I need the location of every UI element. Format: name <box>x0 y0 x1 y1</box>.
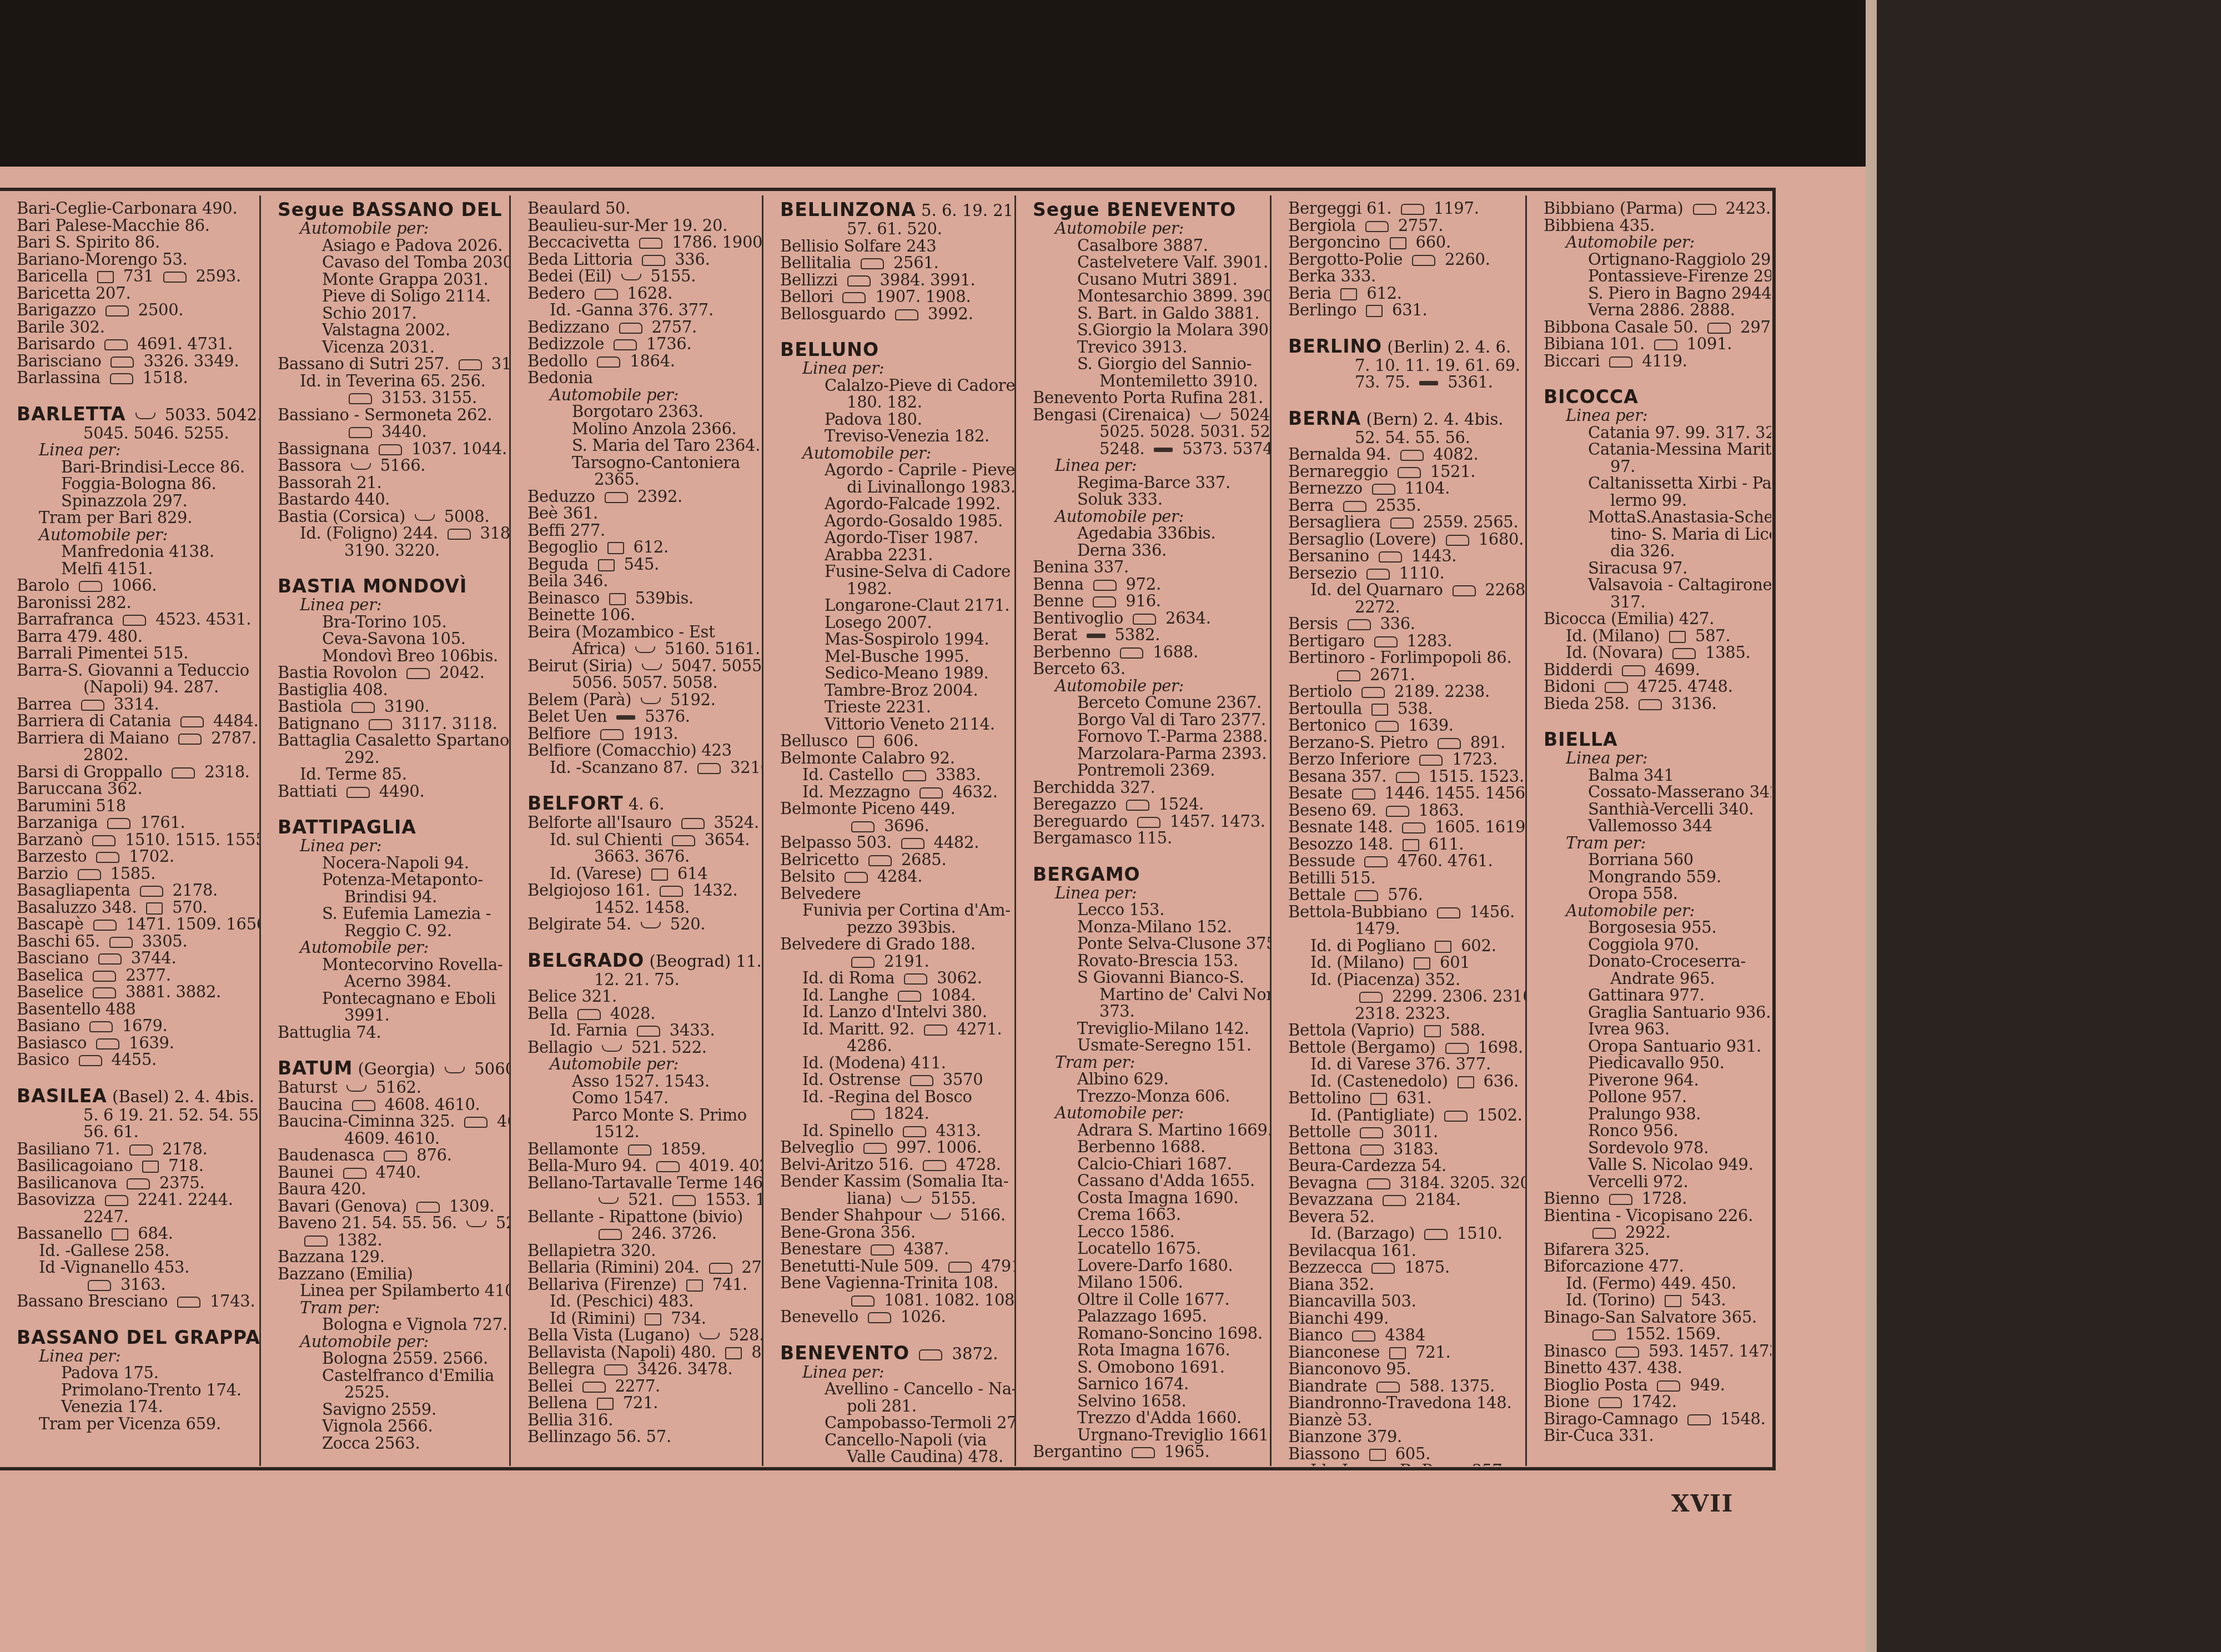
index-entry: Bedonia <box>527 369 755 386</box>
index-entry: Parco Monte S. Primo <box>527 1107 755 1124</box>
index-entry: Beregazzo 1524. <box>1033 796 1263 813</box>
index-entry: Belvi-Aritzo 516. 4728. <box>780 1156 1008 1173</box>
index-entry: Barisciano 3326. 3349. <box>17 353 253 370</box>
index-entry: Bessude 4760. 4761. <box>1288 852 1519 870</box>
index-entry: Bersis 336. <box>1288 615 1519 632</box>
index-entry: Baucina 4608. 4610. <box>278 1096 503 1113</box>
car-icon <box>459 359 482 370</box>
index-entry: Barumini 518 <box>17 797 253 815</box>
car-icon <box>89 1021 113 1032</box>
ship-icon <box>621 274 641 280</box>
car-icon <box>1360 1144 1384 1156</box>
index-entry: Linea per Spilamberto 410. <box>278 1282 503 1299</box>
car-icon <box>1446 535 1469 546</box>
car-icon <box>1343 501 1366 512</box>
index-entry: Reggio C. 92. <box>278 922 503 940</box>
tram-icon <box>1340 288 1357 300</box>
heading-name: BASILEA <box>17 1085 107 1107</box>
index-entry: Pontassieve-Firenze 2944 <box>1544 268 1765 285</box>
index-entry: Borriana 560 <box>1544 851 1765 868</box>
index-entry: poli 281. <box>780 1398 1008 1415</box>
index-entry: Milano 1506. <box>1033 1274 1263 1291</box>
index-entry: Benina 337. <box>1033 559 1263 576</box>
index-entry: Id. (Barzago) 1510. <box>1288 1225 1519 1242</box>
entry-heading: BASILEA (Basel) 2. 4. 4bis. <box>17 1086 253 1107</box>
car-icon <box>924 1025 947 1036</box>
column-7: Bibbiano (Parma) 2423.Bibbiena 435.Autom… <box>1527 195 1771 1466</box>
index-entry: Automobile per: <box>1544 234 1765 251</box>
tram-icon <box>142 1161 159 1173</box>
index-entry: Bicocca (Emilia) 427. <box>1544 610 1765 627</box>
index-entry: Id. -Ganna 376. 377. <box>527 302 755 319</box>
index-entry: Bra-Torino 105. <box>278 614 503 631</box>
index-entry: Id -Vignanello 453. <box>17 1259 253 1276</box>
index-entry: Id. Farnia 3433. <box>527 1022 755 1039</box>
index-entry: Bettona 3183. <box>1288 1141 1519 1158</box>
entry-heading: BASSANO DEL GRAPPA <box>17 1328 253 1348</box>
ship-icon <box>346 1085 366 1092</box>
index-entry: Gattinara 977. <box>1544 987 1765 1004</box>
index-entry: 5. 6 19. 21. 52. 54. 55. <box>17 1107 253 1124</box>
index-entry: Benevento Porta Rufina 281. <box>1033 389 1263 406</box>
car-icon <box>1687 1414 1711 1425</box>
index-entry: Basovizza 2241. 2244. <box>17 1191 253 1208</box>
index-entry: dia 326. <box>1544 543 1765 560</box>
index-entry: Bassiano - Sermoneta 262. <box>278 406 503 424</box>
tram-icon <box>146 902 163 915</box>
index-entry: Asiago e Padova 2026. <box>278 237 503 254</box>
car-icon <box>845 872 868 883</box>
index-entry: Oltre il Colle 1677. <box>1033 1291 1263 1308</box>
index-entry: Beaulard 50. <box>527 200 755 217</box>
heading-name: BENEVENTO <box>780 1342 909 1364</box>
car-icon <box>343 1168 366 1179</box>
index-entry: Id. Ostrense 3570 <box>780 1071 1008 1088</box>
index-entry: 5025. 5028. 5031. 5245. <box>1033 423 1263 440</box>
index-entry: Balma 341 <box>1544 767 1765 784</box>
car-icon <box>851 1296 875 1307</box>
index-entry: Coggiola 970. <box>1544 936 1765 953</box>
index-entry: Borgo Val di Taro 2377. <box>1033 711 1263 729</box>
entry-heading: BERNA (Bern) 2. 4. 4bis. <box>1288 409 1519 429</box>
car-icon <box>1609 1194 1632 1205</box>
entry-heading: BELFORT 4. 6. <box>527 794 755 814</box>
index-entry: Automobile per: <box>1544 902 1765 920</box>
heading-name: BARLETTA <box>17 403 125 425</box>
entry-heading: BERGAMO <box>1033 865 1263 885</box>
index-entry: Agordo-Falcade 1992. <box>780 495 1008 513</box>
tram-icon <box>651 868 668 881</box>
car-icon <box>110 356 134 368</box>
index-entry: Vercelli 972. <box>1544 1173 1765 1191</box>
index-entry: Begoglio 612. <box>527 539 755 556</box>
index-entry: Bavari (Genova) 1309. <box>278 1198 503 1215</box>
index-entry: Bellano-Tartavalle Terme 146- <box>527 1174 755 1192</box>
index-entry: Foggia-Bologna 86. <box>17 475 253 493</box>
index-entry: 1081. 1082. 1083. <box>780 1292 1008 1309</box>
index-entry: Linea per: <box>780 1364 1008 1381</box>
tram-icon <box>857 736 874 748</box>
index-entry: Bellusco 606. <box>780 732 1008 750</box>
index-entry: Basiano 1679. <box>17 1017 253 1035</box>
index-entry: Sordevolo 978. <box>1544 1139 1765 1157</box>
index-entry: Bersezio 1110. <box>1288 565 1519 582</box>
index-entry: Bella-Muro 94. 4019. 4028. <box>527 1157 755 1174</box>
car-icon <box>1352 1330 1375 1342</box>
index-entry: Battiati 4490. <box>278 783 503 800</box>
car-icon <box>709 1263 732 1274</box>
heading-refs: 5033. 5042. <box>125 405 261 424</box>
index-entry: Bassano Bresciano 1743. <box>17 1293 253 1310</box>
index-entry: Barzio 1585. <box>17 865 253 882</box>
index-entry: Id. di Varese 376. 377. <box>1288 1056 1519 1073</box>
index-entry: Valle Caudina) 478. <box>780 1448 1008 1465</box>
index-entry: Beduzzo 2392. <box>527 488 755 505</box>
index-entry: Bedero 1628. <box>527 285 755 302</box>
index-entry: Trezzo d'Adda 1660. <box>1033 1409 1263 1427</box>
car-icon <box>416 1202 440 1213</box>
car-icon <box>642 255 665 266</box>
index-entry: Belveglio 997. 1006. <box>780 1139 1008 1156</box>
tram-icon <box>1366 305 1383 317</box>
index-entry: Bentivoglio 2634. <box>1033 610 1263 627</box>
heading-name: BATUM <box>278 1057 353 1079</box>
index-entry: Ortignano-Raggiolo 2960 <box>1544 251 1765 268</box>
car-icon <box>1126 800 1149 811</box>
ship-icon <box>466 1221 486 1227</box>
car-icon <box>1693 204 1716 215</box>
index-entry: Berlingo 631. <box>1288 302 1519 319</box>
car-icon <box>1401 204 1424 215</box>
index-entry: Bassora 5166. <box>278 457 503 474</box>
index-entry: Bastia (Corsica) 5008. <box>278 508 503 525</box>
car-icon <box>351 702 375 713</box>
index-entry: Bene-Grona 356. <box>780 1224 1008 1241</box>
index-entry: Bianco 4384 <box>1288 1327 1519 1344</box>
index-entry: Id. -Scanzano 87. 3210 <box>527 759 755 776</box>
ship-icon <box>931 1213 951 1219</box>
car-icon <box>140 886 163 897</box>
index-entry: Manfredonia 4138. <box>17 543 253 560</box>
index-entry: Vallemosso 344 <box>1544 817 1765 835</box>
index-entry: Bereguardo 1457. 1473. <box>1033 813 1263 830</box>
index-entry: Bastiola 3190. <box>278 698 503 715</box>
index-entry: Bianconovo 95. <box>1288 1360 1519 1378</box>
index-entry: Id. (Castenedolo) 636. <box>1288 1073 1519 1090</box>
index-entry: Pralungo 938. <box>1544 1106 1765 1123</box>
tram-icon <box>686 1279 703 1292</box>
index-entry: Id. Lanzo d'Intelvi 380. <box>780 1003 1008 1021</box>
index-entry: Bergantino 1965. <box>1033 1443 1263 1460</box>
index-entry: Pontecagnano e Eboli <box>278 990 503 1007</box>
index-entry: S.Giorgio la Molara 3903. <box>1033 322 1263 339</box>
plane-icon <box>1419 381 1438 385</box>
index-entry: Belem (Parà) 5192. <box>527 691 755 709</box>
index-entry: Bianconese 721. <box>1288 1344 1519 1361</box>
heading-refs: (Bern) 2. 4. 4bis. <box>1361 410 1503 429</box>
heading-refs: (Georgia) 5060. <box>353 1060 511 1078</box>
index-entry: Id. (Modena) 411. <box>780 1055 1008 1072</box>
index-entry: Bellena 721. <box>527 1394 755 1412</box>
tram-icon <box>598 559 615 571</box>
index-entry: Pollone 957. <box>1544 1088 1765 1106</box>
index-entry: MottaS.Anastasia-Schet- <box>1544 509 1765 526</box>
index-entry: Bidderdi 4699. <box>1544 661 1765 679</box>
index-entry: Berchidda 327. <box>1033 779 1263 796</box>
index-entry: Beura-Cardezza 54. <box>1288 1157 1519 1174</box>
index-entry: Bari-Ceglie-Carbonara 490. <box>17 200 253 217</box>
index-entry: Baselica 2377. <box>17 967 253 984</box>
index-entry: Venezia 174. <box>17 1398 253 1415</box>
car-icon <box>352 1100 375 1111</box>
car-icon <box>1609 356 1632 368</box>
car-icon <box>660 886 683 897</box>
tram-icon <box>609 593 626 605</box>
index-entry: Borgosesia 955. <box>1544 919 1765 936</box>
car-icon <box>349 393 372 404</box>
index-entry: Barlassina 1518. <box>17 369 253 386</box>
index-entry: Belfiore (Comacchio) 423 <box>527 742 755 759</box>
index-entry: Belfiore 1913. <box>527 725 755 742</box>
index-entry: Schio 2017. <box>278 305 503 322</box>
index-entry: Basentello 488 <box>17 1001 253 1018</box>
index-entry: Funivia per Cortina d'Am- <box>780 902 1008 919</box>
tram-icon <box>1370 1093 1387 1105</box>
index-entry: 1452. 1458. <box>527 899 755 916</box>
car-icon <box>895 309 918 320</box>
index-entry: Bertinoro - Forlimpopoli 86. <box>1288 649 1519 666</box>
index-entry: Biandronno-Travedona 148. <box>1288 1394 1519 1412</box>
car-icon <box>672 835 695 846</box>
index-entry: Baricella 731 2593. <box>17 268 253 285</box>
index-entry: Bergamasco 115. <box>1033 830 1263 847</box>
index-entry: 73. 75. 5361. <box>1288 374 1519 391</box>
index-entry: Bifarera 325. <box>1544 1241 1765 1258</box>
index-entry: Belet Uen 5376. <box>527 708 755 725</box>
index-entry: Bastia Rovolon 2042. <box>278 664 503 681</box>
index-entry: Berra 2535. <box>1288 497 1519 514</box>
index-entry: Bergoncino 660. <box>1288 234 1519 251</box>
tram-icon <box>645 1313 661 1325</box>
car-icon <box>105 1195 128 1206</box>
index-entry: 3440. <box>278 423 503 440</box>
car-icon <box>1599 1397 1622 1408</box>
index-entry: Biandrate 588. 1375. <box>1288 1378 1519 1395</box>
heading-name: BELFORT <box>527 792 624 814</box>
index-entry: Bazzana 129. <box>278 1248 503 1266</box>
index-entry: Brindisi 94. <box>278 888 503 906</box>
index-entry: Fornovo T.-Parma 2388. <box>1033 728 1263 745</box>
index-entry: Baudenasca 876. <box>278 1147 503 1164</box>
index-entry: Bellegra 3426. 3478. <box>527 1360 755 1378</box>
car-icon <box>1419 755 1443 766</box>
index-entry: Sarnico 1674. <box>1033 1375 1263 1393</box>
car-icon <box>1379 551 1402 563</box>
car-icon <box>842 292 866 303</box>
index-entry: Costa Imagna 1690. <box>1033 1189 1263 1207</box>
index-entry: Potenza-Metaponto- <box>278 871 503 888</box>
car-icon <box>93 971 116 982</box>
index-entry: Valsavoia - Caltagirone <box>1544 576 1765 594</box>
index-entry: Bersanino 1443. <box>1288 548 1519 565</box>
car-icon <box>1438 738 1461 749</box>
tram-icon <box>1458 1076 1474 1088</box>
index-entry: Besana 357. 1515. 1523. <box>1288 768 1519 785</box>
index-columns: Bari-Ceglie-Carbonara 490.Bari Palese-Ma… <box>0 195 1771 1466</box>
index-entry: Basiliano 71. 2178. <box>17 1141 253 1158</box>
index-entry: Tram per: <box>278 1299 503 1317</box>
car-icon <box>1133 614 1156 625</box>
heading-name: BERLINO <box>1288 335 1382 357</box>
car-icon <box>948 1262 972 1273</box>
index-entry: Id (Rimini) 734. <box>527 1310 755 1327</box>
ship-icon <box>445 1067 465 1073</box>
car-icon <box>851 957 875 968</box>
index-entry: Biforcazione 477. <box>1544 1258 1765 1275</box>
index-entry: Vittorio Veneto 2114. <box>780 716 1008 733</box>
index-entry: 2247. <box>17 1208 253 1226</box>
index-entry: Bersaglio (Lovere) 1680. <box>1288 531 1519 548</box>
index-entry: Bengasi (Cirenaica) 5024. <box>1033 406 1263 424</box>
index-entry: Tram per: <box>1544 835 1765 852</box>
heading-name: BELLUNO <box>780 339 879 360</box>
entry-heading: BARLETTA 5033. 5042. <box>17 404 253 425</box>
index-entry: tino- S. Maria di Lico- <box>1544 526 1765 543</box>
heading-refs: (Basel) 2. 4. 4bis. <box>107 1087 254 1106</box>
car-icon <box>1616 1347 1639 1358</box>
car-icon <box>1371 1263 1395 1274</box>
index-entry: Biccari 4119. <box>1544 353 1765 370</box>
entry-heading: BELLINZONA 5. 6. 19. 21. <box>780 200 1008 220</box>
index-entry: Graglia Santuario 936. <box>1544 1004 1765 1021</box>
index-entry: Bastardo 440. <box>278 491 503 508</box>
index-entry: Belforte all'Isauro 3524. <box>527 814 755 831</box>
index-entry: Barrali Pimentei 515. <box>17 645 253 662</box>
heading-name: BELLINZONA <box>780 199 916 220</box>
index-entry: Tram per Bari 829. <box>17 509 253 526</box>
index-entry: Tambre-Broz 2004. <box>780 682 1008 699</box>
index-entry: 1479. <box>1288 920 1519 937</box>
car-icon <box>1352 789 1375 800</box>
page-top-shadow <box>0 0 1866 167</box>
car-icon <box>96 852 119 863</box>
index-entry: Automobile per: <box>780 445 1008 462</box>
index-entry: Id. Mezzagno 4632. <box>780 784 1008 801</box>
index-entry: 2272. <box>1288 599 1519 616</box>
index-entry: Berzo Inferiore 1723. <box>1288 751 1519 768</box>
index-entry: Verna 2886. 2888. <box>1544 302 1765 319</box>
car-icon <box>672 1195 696 1206</box>
index-entry: Bersagliera 2559. 2565. <box>1288 514 1519 531</box>
car-icon <box>923 1160 946 1171</box>
index-entry: Bidoni 4725. 4748. <box>1544 678 1765 695</box>
index-entry: Bazzano (Emilia) <box>278 1266 503 1283</box>
entry-heading: BERLINO (Berlin) 2. 4. 6. <box>1288 337 1519 357</box>
index-entry: Basagliapenta 2178. <box>17 882 253 899</box>
index-entry: 52. 54. 55. 56. <box>1288 429 1519 446</box>
index-entry: Bernalda 94. 4082. <box>1288 446 1519 463</box>
page-number: XVII <box>1671 1490 1733 1517</box>
entry-heading: BELGRADO (Beograd) 11. <box>527 951 755 971</box>
index-entry: Montemiletto 3910. <box>1033 373 1263 390</box>
car-icon <box>851 821 875 832</box>
index-entry: Bari Palese-Macchie 86. <box>17 217 253 234</box>
index-entry: Baucina-Ciminna 325. 4608. <box>278 1113 503 1130</box>
index-entry: 1382. <box>278 1232 503 1249</box>
car-icon <box>1367 1178 1390 1189</box>
car-icon <box>1355 890 1378 901</box>
index-entry: Basaluzzo 348. 570. <box>17 899 253 916</box>
index-entry: Basilicanova 2375. <box>17 1174 253 1192</box>
index-entry: Adrara S. Martino 1669. <box>1033 1122 1263 1139</box>
index-entry: Beira (Mozambico - Est <box>527 624 755 641</box>
index-entry: Id. (Peschici) 483. <box>527 1293 755 1310</box>
index-entry: 7. 10. 11. 19. 61. 69. <box>1288 357 1519 374</box>
index-entry: Bellagio 521. 522. <box>527 1039 755 1056</box>
index-entry: Basciano 3744. <box>17 950 253 967</box>
car-icon <box>129 1144 153 1156</box>
car-icon <box>1396 772 1419 783</box>
index-entry: (Napoli) 94. 287. <box>17 679 253 696</box>
index-entry: Beffi 277. <box>527 522 755 539</box>
index-entry: 3190. 3220. <box>278 542 503 559</box>
index-entry: Biancavilla 503. <box>1288 1293 1519 1310</box>
entry-heading: BELLUNO <box>780 340 1008 360</box>
index-entry: Urgnano-Treviglio 1661. <box>1033 1427 1263 1444</box>
index-entry: Belmonte Calabro 92. <box>780 750 1008 767</box>
index-entry: Tram per: <box>1033 1054 1263 1071</box>
tram-icon <box>1424 1025 1441 1037</box>
car-icon <box>1361 687 1385 698</box>
heading-name: BICOCCA <box>1544 386 1639 408</box>
index-entry: Bienno 1728. <box>1544 1190 1765 1207</box>
index-entry: Bernezzo 1104. <box>1288 480 1519 497</box>
index-entry: Bologna e Vignola 727. <box>278 1316 503 1333</box>
index-entry: Valstagna 2002. <box>278 322 503 339</box>
index-entry: Automobile per: <box>278 220 503 237</box>
car-icon <box>1707 323 1731 334</box>
car-icon <box>127 1178 150 1189</box>
index-entry: Baruccana 362. <box>17 780 253 797</box>
heading-name: BERGAMO <box>1033 863 1140 885</box>
column-1: Bari-Ceglie-Carbonara 490.Bari Palese-Ma… <box>0 195 261 1466</box>
index-entry: Id. (Torino) 543. <box>1544 1292 1765 1309</box>
car-icon <box>903 770 926 781</box>
index-entry: 246. 3726. <box>527 1225 755 1242</box>
index-entry: Savigno 2559. <box>278 1401 503 1418</box>
index-entry: Belice 321. <box>527 988 755 1005</box>
index-entry: 4286. <box>780 1037 1008 1055</box>
index-entry: S. Bart. in Galdo 3881. <box>1033 305 1263 322</box>
index-entry: Trieste 2231. <box>780 699 1008 716</box>
index-entry: Bibbiena 435. <box>1544 217 1765 234</box>
index-entry: Losego 2007. <box>780 614 1008 631</box>
car-icon <box>1120 647 1143 659</box>
index-entry: Pontremoli 2369. <box>1033 762 1263 779</box>
index-entry: Cusano Mutri 3891. <box>1033 271 1263 288</box>
index-entry: Bertiolo 2189. 2238. <box>1288 683 1519 700</box>
index-entry: 292. <box>278 749 503 766</box>
index-entry: Bezzecca 1875. <box>1288 1259 1519 1276</box>
index-entry: Donato-Croceserra- <box>1544 953 1765 970</box>
index-entry: Lovere-Darfo 1680. <box>1033 1257 1263 1274</box>
car-icon <box>88 1280 111 1291</box>
car-icon <box>1592 1228 1616 1239</box>
index-entry: Vicenza 2031. <box>278 339 503 356</box>
ship-icon <box>602 1045 622 1052</box>
index-entry: Bologna 2559. 2566. <box>278 1350 503 1367</box>
car-icon <box>901 838 924 849</box>
